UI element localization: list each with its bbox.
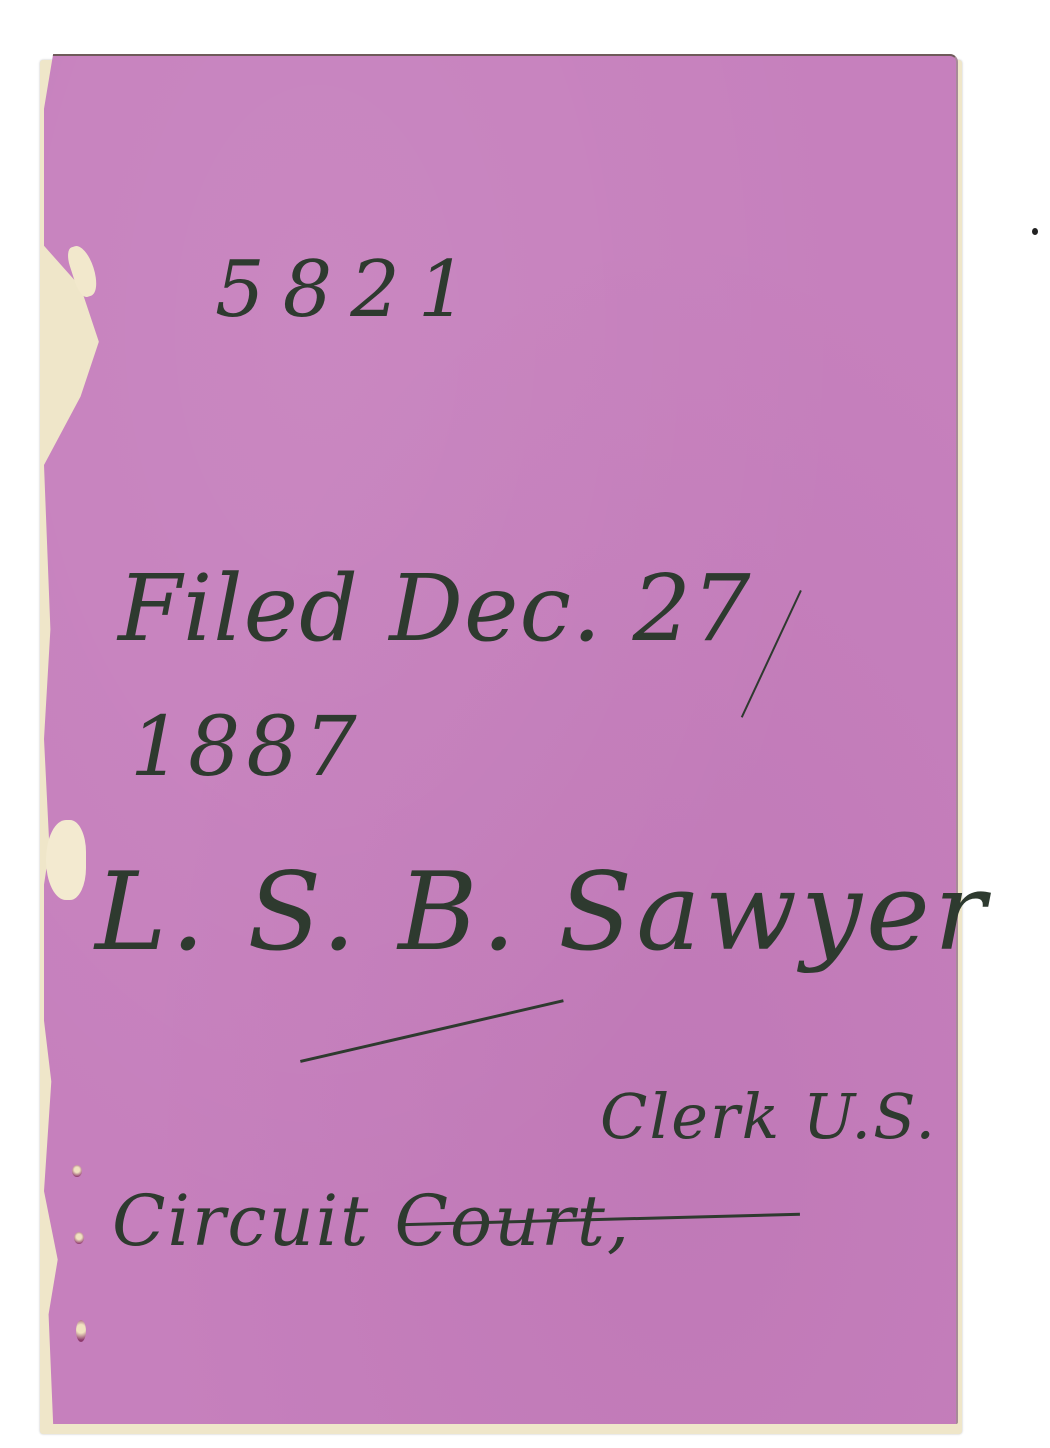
binding-hole (72, 1165, 82, 1177)
filed-date: Filed Dec. 27 (118, 555, 752, 662)
binding-hole (76, 1320, 86, 1342)
clerk-title: Clerk U.S. (600, 1080, 937, 1153)
docket-number: 5821 (215, 245, 486, 335)
scan-background: 5821 Filed Dec. 27 1887 L. S. B. Sawyer … (0, 0, 1050, 1448)
filed-year: 1887 (130, 700, 363, 795)
binding-hole (74, 1232, 84, 1244)
paper-tear (46, 820, 86, 900)
clerk-signature: L. S. B. Sawyer (95, 850, 990, 975)
scan-speck (1032, 228, 1038, 235)
